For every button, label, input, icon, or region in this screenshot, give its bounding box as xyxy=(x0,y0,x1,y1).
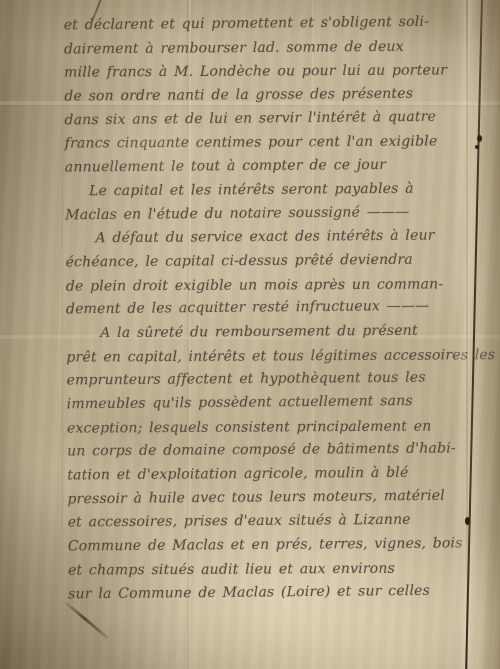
manuscript-line: exception; lesquels consistent principal… xyxy=(67,415,500,441)
manuscript-line: Commune de Maclas et en prés, terres, vi… xyxy=(68,532,500,559)
manuscript-photo: et déclarent et qui promettent et s'obli… xyxy=(0,0,500,669)
manuscript-line: sur la Commune de Maclas (Loire) et sur … xyxy=(68,579,500,607)
manuscript-line: un corps de domaine composé de bâtiments… xyxy=(67,437,500,464)
manuscript-line: immeubles qu'ils possèdent actuellement … xyxy=(67,389,500,417)
manuscript-line: et déclarent et qui promettent et s'obli… xyxy=(64,10,498,38)
manuscript-text: et déclarent et qui promettent et s'obli… xyxy=(0,11,500,607)
thread-knot xyxy=(477,135,482,142)
manuscript-line: annuellement le tout à compter de ce jou… xyxy=(65,153,499,180)
manuscript-line: Maclas en l'étude du notaire soussigné —… xyxy=(65,200,499,228)
page-fold-highlight xyxy=(452,0,466,669)
thread-knot xyxy=(475,145,479,149)
manuscript-line: échéance, le capital ci-dessus prêté dev… xyxy=(66,248,500,275)
manuscript-line: mille francs à M. Londèche ou pour lui a… xyxy=(64,59,498,85)
manuscript-line: A défaut du service exact des intérêts à… xyxy=(65,224,499,251)
thread-knot xyxy=(465,517,470,525)
manuscript-line: dairement à rembourser lad. somme de deu… xyxy=(64,35,498,62)
manuscript-line: et accessoires, prises d'eaux situés à L… xyxy=(68,508,500,535)
manuscript-line: francs cinquante centimes pour cent l'an… xyxy=(65,131,499,157)
manuscript-line: pressoir à huile avec tous leurs moteurs… xyxy=(67,484,500,512)
manuscript-line: dans six ans et de lui en servir l'intér… xyxy=(64,105,498,133)
manuscript-line: A la sûreté du remboursement du présent xyxy=(66,319,500,346)
manuscript-line: prêt en capital, intérêts et tous légiti… xyxy=(66,344,500,370)
manuscript-line: dement de les acquitter resté infructueu… xyxy=(66,294,500,322)
